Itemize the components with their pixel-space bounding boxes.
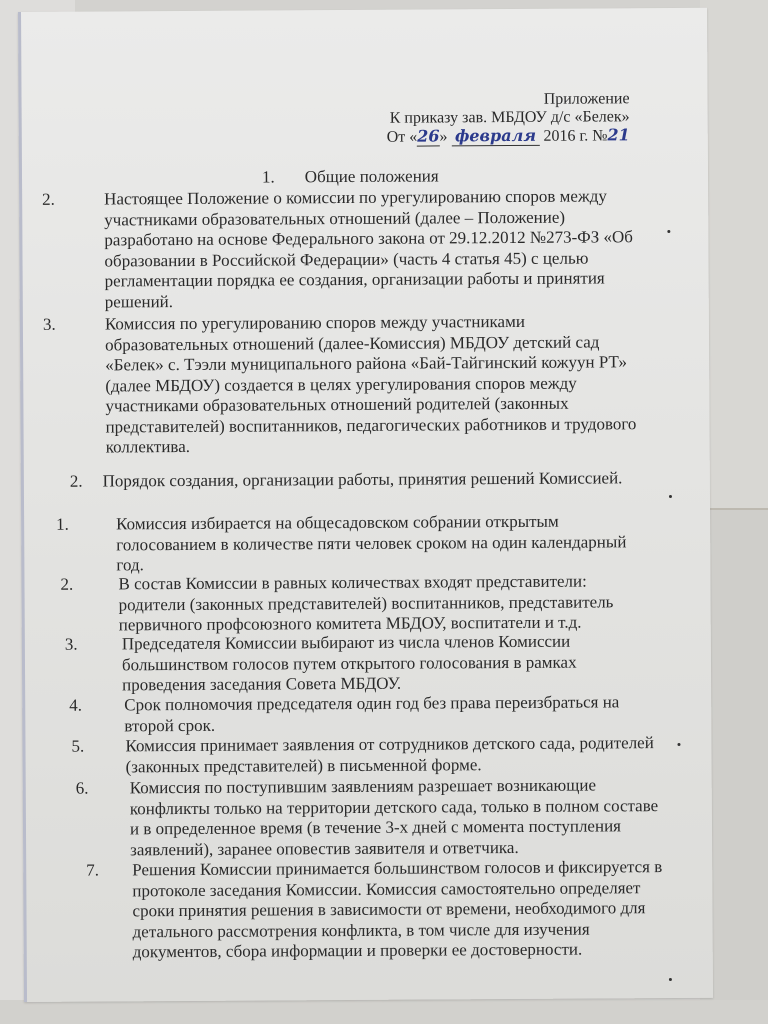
section-2-item-1: 1. Комиссия избирается на общесадовском …: [56, 511, 676, 576]
document-page: Приложение К приказу зав. МБДОУ д/с «Бел…: [18, 8, 713, 1002]
section-1-item-2: 2. Настоящее Положение о комиссии по уре…: [42, 186, 663, 313]
section-2-heading: 2.Порядок создания, организации работы, …: [70, 468, 623, 491]
handwritten-month: февраля: [451, 127, 539, 147]
page-speck: [677, 743, 680, 746]
section-2-item-2: 2. В состав Комиссии в равных количества…: [60, 571, 680, 636]
section-2-item-7: 7. Решения Комиссии принимается большинс…: [86, 857, 717, 963]
section-2-item-3: 3. Председателя Комиссии выбирают из чис…: [65, 631, 685, 696]
page-speck: [669, 495, 672, 498]
handwritten-day: 26: [417, 127, 439, 146]
section-1-item-3: 3. Комиссия по урегулированию споров меж…: [43, 311, 684, 458]
handwritten-order-number: 21: [607, 125, 629, 144]
section-2-item-5: 5. Комиссия принимает заявления от сотру…: [71, 733, 701, 778]
section-1-heading: 1.Общие положения: [262, 166, 439, 187]
background-surface-right-top: [700, 0, 768, 508]
section-2-item-6: 6. Комиссия по поступившим заявлениям ра…: [76, 775, 706, 861]
page-speck: [667, 230, 670, 233]
appendix-header: Приложение К приказу зав. МБДОУ д/с «Бел…: [386, 90, 629, 146]
order-date-line: От «26» февраля 2016 г. №21: [387, 126, 630, 146]
page-speck: [669, 978, 672, 981]
section-2-item-4: 4. Срок полномочия председателя один год…: [69, 692, 689, 737]
background-surface-bottom: [0, 1000, 768, 1024]
appendix-label: Приложение: [386, 90, 629, 109]
order-reference: К приказу зав. МБДОУ д/с «Белек»: [386, 108, 629, 127]
